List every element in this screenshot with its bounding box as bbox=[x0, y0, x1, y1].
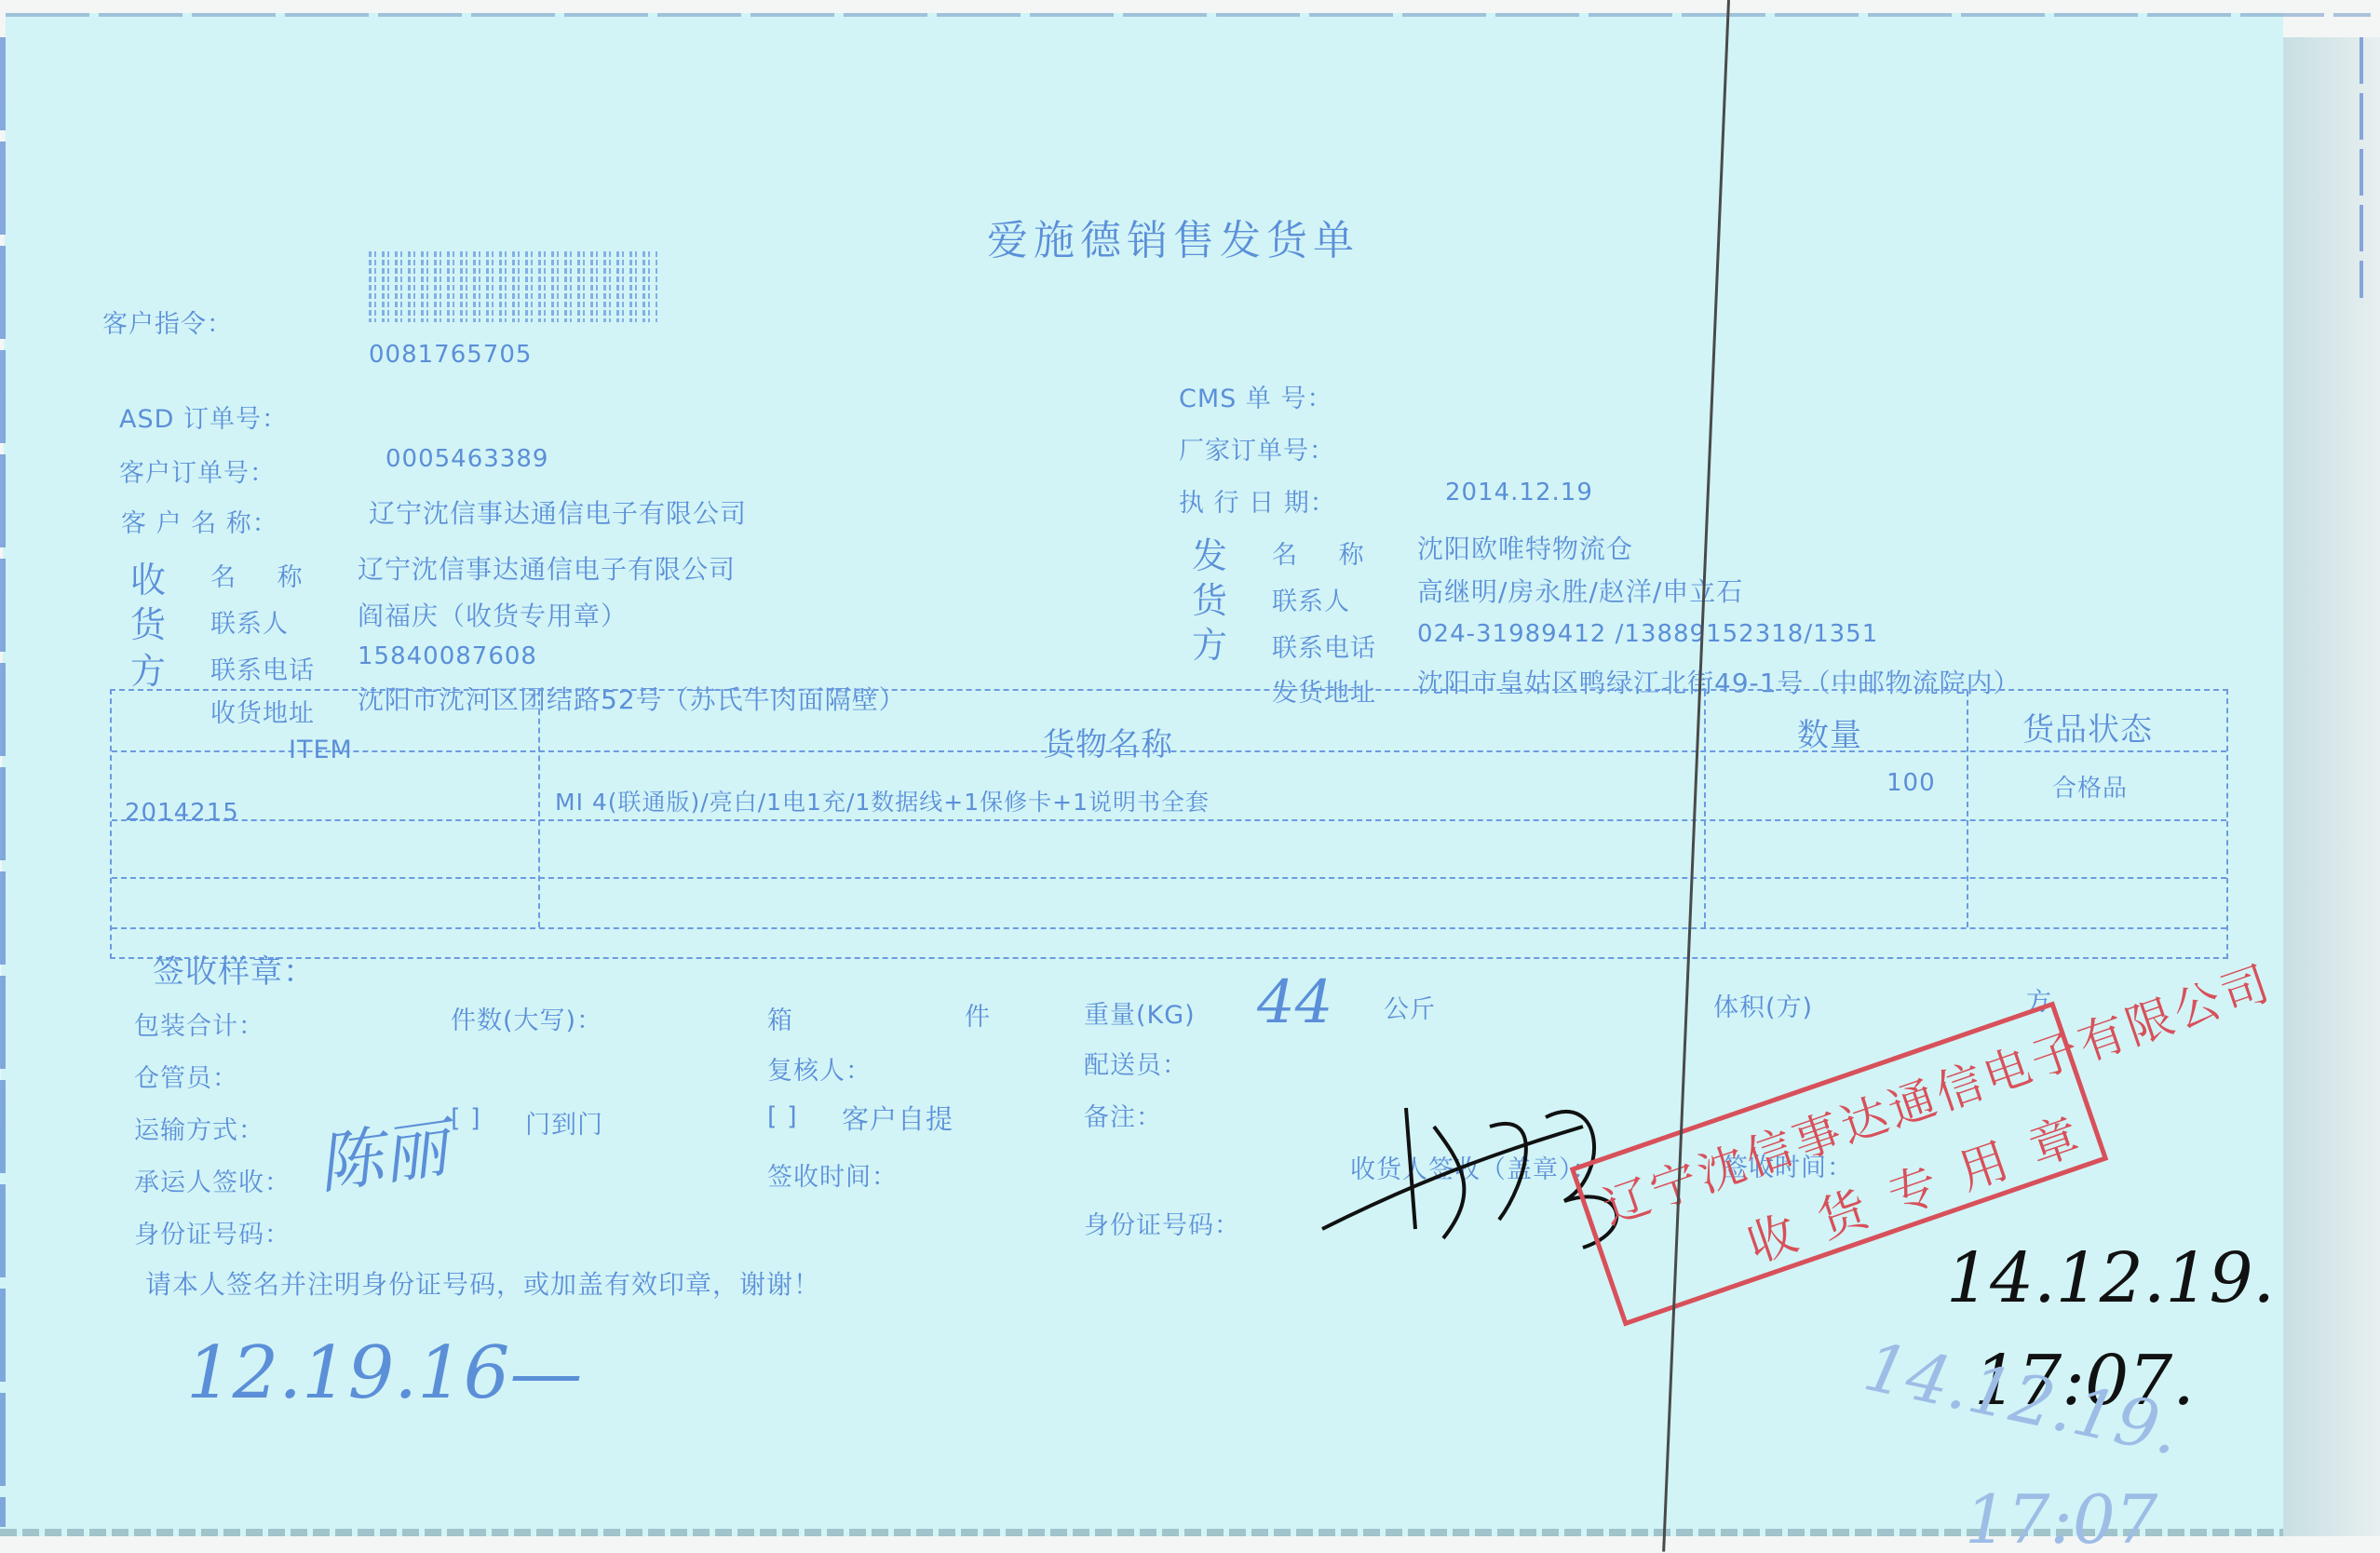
door-to-door-label: 门到门 bbox=[525, 1104, 603, 1141]
receiver-side-char-1: 收 bbox=[130, 551, 167, 602]
left-handwritten-note: 12.19.16— bbox=[186, 1331, 582, 1415]
signature-notice: 请本人签名并注明身份证号码，或加盖有效印章，谢谢！ bbox=[145, 1264, 820, 1302]
perforation-right bbox=[2360, 37, 2363, 298]
row-item-qty: 100 bbox=[1886, 769, 1936, 797]
table-col-divider bbox=[1704, 691, 1706, 927]
receiver-side-char-2: 货 bbox=[130, 596, 167, 647]
receiver-contact-value: 阎福庆（收货专用章） bbox=[358, 596, 628, 633]
receiver-phone-value: 15840087608 bbox=[358, 642, 537, 670]
asd-order-label: ASD 订单号： bbox=[119, 398, 288, 435]
receiver-name-label: 名 称 bbox=[210, 557, 319, 593]
table-header-name: 货物名称 bbox=[1043, 719, 1173, 764]
table-row-divider bbox=[112, 877, 2226, 879]
id-number-label-2: 身份证号码： bbox=[1084, 1205, 1240, 1241]
shipper-side-char-1: 发 bbox=[1192, 527, 1228, 578]
carrier-signature: 陈丽 bbox=[311, 1096, 453, 1208]
shipper-side-char-3: 方 bbox=[1192, 616, 1228, 668]
table-col-divider bbox=[538, 691, 540, 927]
table-header-item: ITEM bbox=[289, 736, 353, 764]
perforation-left bbox=[0, 37, 6, 1527]
receiver-name-value: 辽宁沈信事达通信电子有限公司 bbox=[358, 549, 736, 587]
row-item-status: 合格品 bbox=[2052, 769, 2128, 804]
volume-label: 体积(方) bbox=[1713, 987, 1813, 1023]
warehouse-keeper-label: 仓管员： bbox=[134, 1058, 238, 1094]
sign-time-label: 签收时间： bbox=[767, 1156, 898, 1193]
customer-name-label: 客 户 名 称： bbox=[121, 503, 278, 539]
receiver-phone-label: 联系电话 bbox=[210, 650, 315, 686]
table-bottom-divider bbox=[112, 927, 2226, 929]
self-pickup-label: 客户自提 bbox=[842, 1099, 953, 1137]
faint-handwritten-time: 17:07 bbox=[1965, 1480, 2158, 1553]
weight-value: 44 bbox=[1257, 968, 1332, 1037]
exec-date-value: 2014.12.19 bbox=[1445, 479, 1593, 506]
customer-instruction-value: 0081765705 bbox=[369, 341, 532, 369]
row-item-name: MI 4(联通版)/亮白/1电1充/1数据线+1保修卡+1说明书全套 bbox=[555, 784, 1210, 817]
table-row-divider bbox=[112, 819, 2226, 821]
shipper-phone-value: 024-31989412 /13889152318/1351 bbox=[1417, 620, 1878, 648]
pack-total-label: 包装合计： bbox=[134, 1006, 264, 1042]
shipper-name-label: 名 称 bbox=[1272, 534, 1381, 571]
table-col-divider bbox=[1967, 691, 1968, 927]
weight-unit: 公斤 bbox=[1384, 989, 1436, 1025]
customer-name-value: 辽宁沈信事达通信电子有限公司 bbox=[369, 493, 747, 531]
sign-sample-label: 签收样章： bbox=[153, 946, 316, 992]
reviewer-label: 复核人： bbox=[767, 1050, 872, 1087]
pieces-upper-label: 件数(大写)： bbox=[451, 1000, 602, 1036]
carrier-sign-label: 承运人签收： bbox=[134, 1162, 291, 1198]
piece-label: 件 bbox=[965, 996, 991, 1033]
row-item-code: 2014215 bbox=[125, 799, 239, 827]
cms-label: CMS 单 号： bbox=[1179, 378, 1332, 414]
receiver-contact-label: 联系人 bbox=[210, 603, 289, 640]
paper-shadow bbox=[2283, 37, 2380, 1546]
customer-instruction-label: 客户指令： bbox=[102, 304, 233, 340]
handwritten-date: 14.12.19. bbox=[1946, 1238, 2275, 1318]
perforation-top bbox=[6, 13, 2371, 17]
barcode bbox=[369, 251, 657, 322]
box-label: 箱 bbox=[767, 1000, 793, 1036]
remark-label: 备注： bbox=[1084, 1097, 1162, 1133]
transport-label: 运输方式： bbox=[134, 1110, 264, 1146]
exec-date-label: 执 行 日 期： bbox=[1179, 482, 1336, 519]
customer-order-value: 0005463389 bbox=[385, 445, 548, 473]
weight-label: 重量(KG) bbox=[1084, 994, 1196, 1031]
shipper-contact-value: 高继明/房永胜/赵洋/申立石 bbox=[1417, 572, 1743, 609]
shipper-name-value: 沈阳欧唯特物流仓 bbox=[1417, 529, 1633, 566]
shipper-contact-label: 联系人 bbox=[1272, 581, 1350, 617]
receiver-side-char-3: 方 bbox=[130, 642, 167, 694]
customer-order-label: 客户订单号： bbox=[119, 452, 276, 489]
shipper-phone-label: 联系电话 bbox=[1272, 628, 1376, 664]
self-pickup-checkbox[interactable]: [ ] bbox=[767, 1102, 798, 1131]
id-number-label: 身份证号码： bbox=[134, 1214, 291, 1250]
delivery-label: 配送员： bbox=[1084, 1045, 1188, 1081]
door-to-door-checkbox[interactable]: [ ] bbox=[451, 1104, 481, 1133]
table-header-status: 货品状态 bbox=[2022, 704, 2153, 749]
shipper-side-char-2: 货 bbox=[1192, 572, 1228, 623]
table-header-qty: 数量 bbox=[1797, 709, 1862, 755]
document-title: 爱施德销售发货单 bbox=[987, 207, 1359, 266]
factory-order-label: 厂家订单号： bbox=[1179, 430, 1335, 466]
